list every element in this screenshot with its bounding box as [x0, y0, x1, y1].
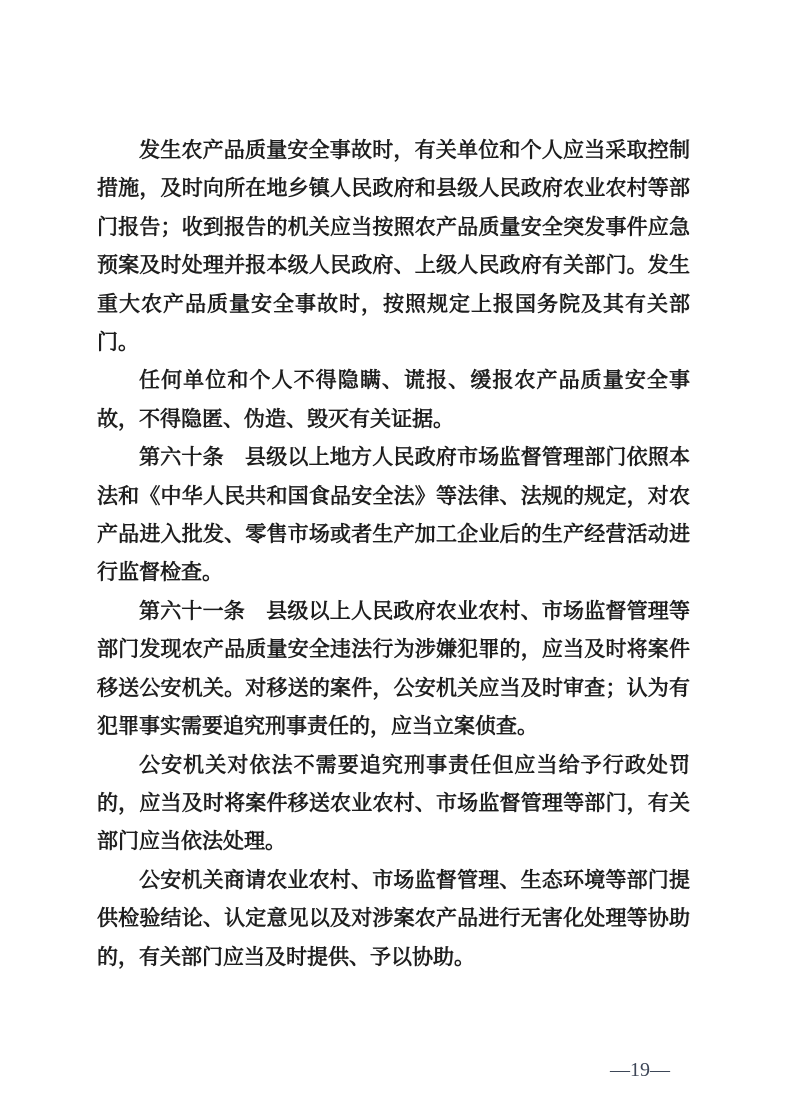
paragraph-article-60: 第六十条 县级以上地方人民政府市场监督管理部门依照本法和《中华人民共和国食品安全… — [97, 439, 690, 593]
document-page: 发生农产品质量安全事故时，有关单位和个人应当采取控制措施，及时向所在地乡镇人民政… — [0, 0, 786, 1117]
paragraph-no-concealment: 任何单位和个人不得隐瞒、谎报、缓报农产品质量安全事故，不得隐匿、伪造、毁灭有关证… — [97, 362, 690, 439]
paragraph-accident-reporting: 发生农产品质量安全事故时，有关单位和个人应当采取控制措施，及时向所在地乡镇人民政… — [97, 132, 690, 362]
paragraph-article-61: 第六十一条 县级以上人民政府农业农村、市场监督管理等部门发现农产品质量安全违法行… — [97, 593, 690, 747]
paragraph-police-assistance: 公安机关商请农业农村、市场监督管理、生态环境等部门提供检验结论、认定意见以及对涉… — [97, 862, 690, 977]
document-body: 发生农产品质量安全事故时，有关单位和个人应当采取控制措施，及时向所在地乡镇人民政… — [97, 132, 690, 977]
paragraph-police-transfer: 公安机关对依法不需要追究刑事责任但应当给予行政处罚的，应当及时将案件移送农业农村… — [97, 747, 690, 862]
page-number: —19— — [607, 1059, 673, 1082]
